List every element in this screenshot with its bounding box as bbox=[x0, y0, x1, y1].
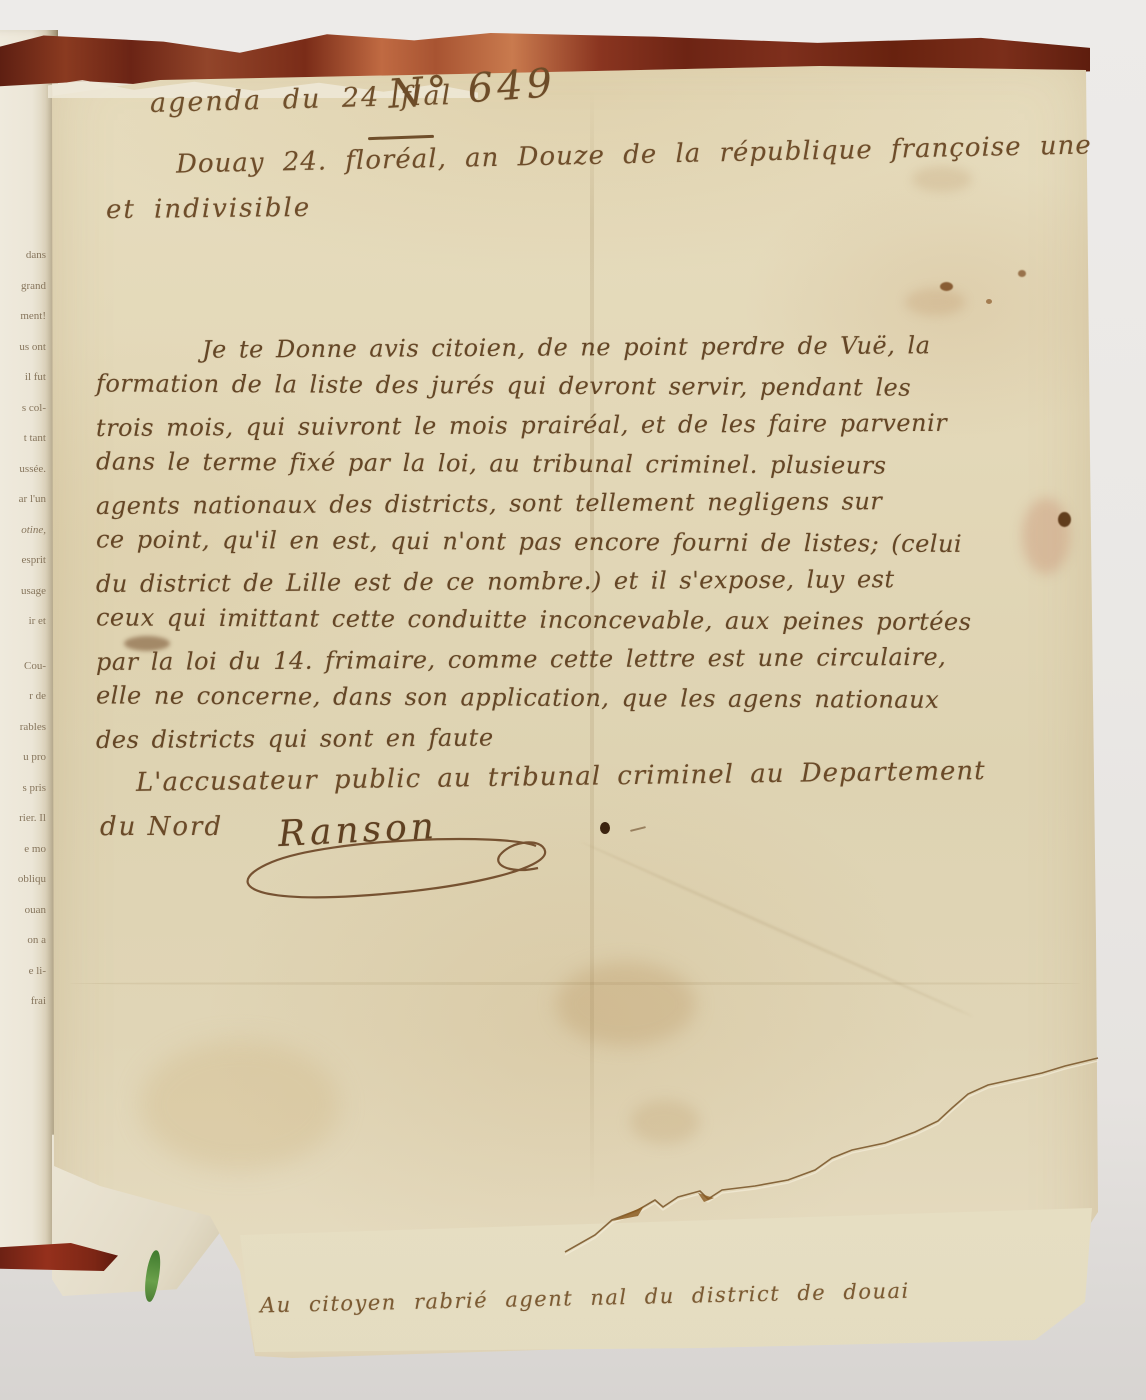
printed-fragment: il fut bbox=[0, 362, 50, 393]
letter-body-line: ceux qui imittant cette conduitte inconc… bbox=[96, 598, 1086, 642]
printed-fragment: dans bbox=[0, 240, 50, 271]
printed-text-fragments: dansgrandment!us ontil futs col-t tantus… bbox=[0, 240, 50, 1017]
letter-body-line: du district de Lille est de ce nombre.) … bbox=[96, 559, 1086, 604]
letter-body-line: des districts qui sont en faute bbox=[96, 715, 1086, 760]
dateline-continued: et indivisible bbox=[106, 193, 311, 225]
printed-fragment: ir et bbox=[0, 606, 50, 637]
printed-fragment: e mo bbox=[0, 834, 50, 865]
letter-body-line: trois mois, qui suivront le mois prairéa… bbox=[96, 403, 1086, 448]
photograph-of-manuscript-letter: dansgrandment!us ontil futs col-t tantus… bbox=[0, 0, 1146, 1400]
letter-body-line: formation de la liste des jurés qui devr… bbox=[96, 364, 1086, 408]
printed-fragment: esprit bbox=[0, 545, 50, 576]
printed-fragment: Cou- bbox=[0, 651, 50, 682]
letter-body-line: dans le terme fixé par la loi, au tribun… bbox=[96, 442, 1086, 486]
signature: Ranson bbox=[277, 806, 439, 855]
printed-fragment: t tant bbox=[0, 423, 50, 454]
printed-fragment: ussée. bbox=[0, 454, 50, 485]
printed-fragment: ar l'un bbox=[0, 484, 50, 515]
printed-fragment: s pris bbox=[0, 773, 50, 804]
printed-fragment: usage bbox=[0, 576, 50, 607]
printed-fragment: e li- bbox=[0, 956, 50, 987]
letter-body: Je te Donne avis citoien, de ne point pe… bbox=[96, 328, 1086, 757]
printed-fragment: rier. Il bbox=[0, 803, 50, 834]
letter-body-line: agents nationaux des districts, sont tel… bbox=[96, 481, 1086, 526]
printed-fragment: frai bbox=[0, 986, 50, 1017]
printed-fragment: s col- bbox=[0, 393, 50, 424]
printed-fragment: on a bbox=[0, 925, 50, 956]
closing-region: du Nord bbox=[100, 812, 223, 842]
printed-fragment: us ont bbox=[0, 332, 50, 363]
printed-fragment: ment! bbox=[0, 301, 50, 332]
letter-body-line: elle ne concerne, dans son application, … bbox=[96, 676, 1086, 720]
printed-fragment: grand bbox=[0, 271, 50, 302]
printed-fragment: u pro bbox=[0, 742, 50, 773]
letter-body-line: par la loi du 14. frimaire, comme cette … bbox=[96, 637, 1086, 682]
printed-fragment: rables bbox=[0, 712, 50, 743]
letter-body-line: Je te Donne avis citoien, de ne point pe… bbox=[202, 325, 1086, 369]
letter-body-line: ce point, qu'il en est, qui n'ont pas en… bbox=[96, 520, 1086, 564]
printed-fragment: otine, bbox=[0, 515, 50, 546]
printed-fragment: ouan bbox=[0, 895, 50, 926]
printed-fragment: obliqu bbox=[0, 864, 50, 895]
printed-fragment: r de bbox=[0, 681, 50, 712]
